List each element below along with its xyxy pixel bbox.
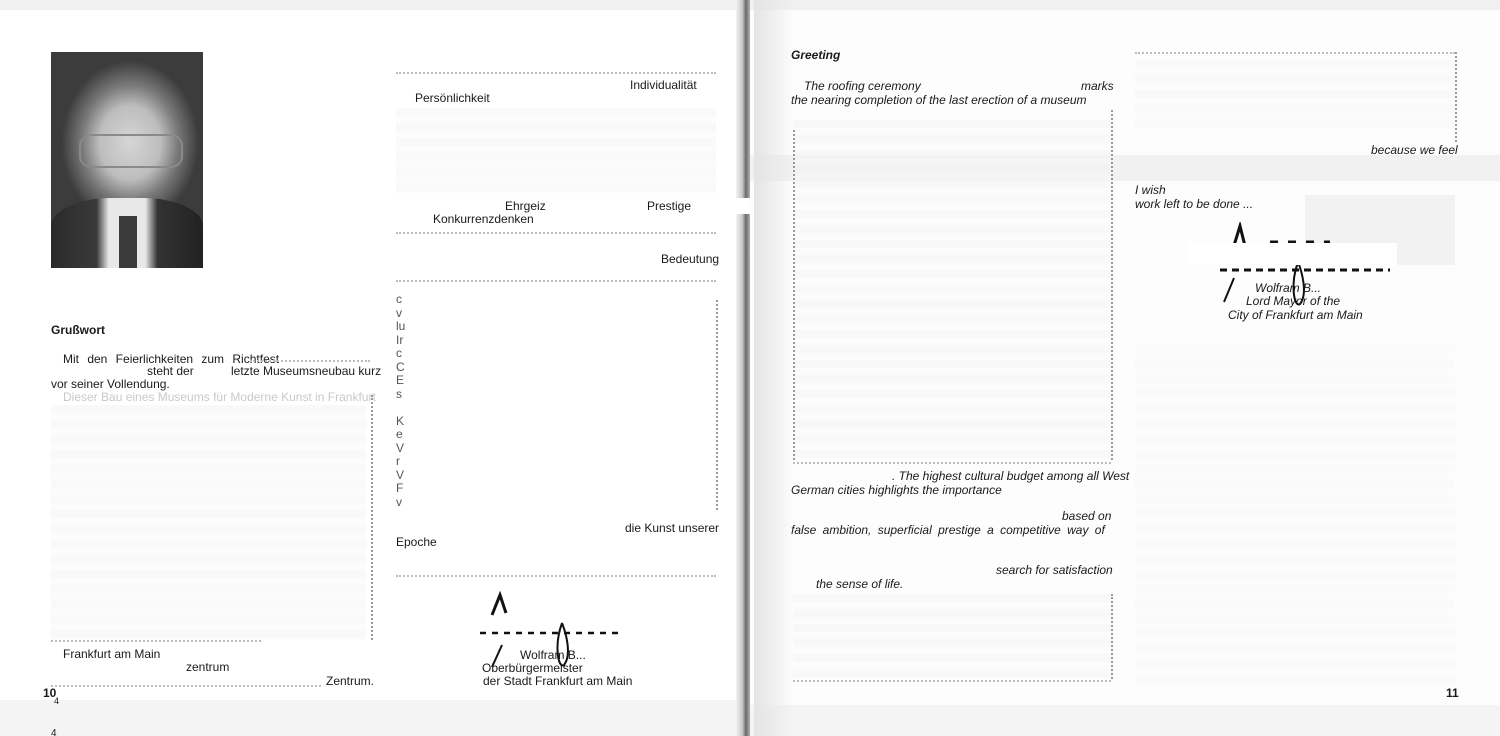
tie-shape: [119, 216, 137, 268]
redaction-residue: [716, 300, 722, 510]
paragraph-line: marks: [1081, 79, 1114, 94]
scan-bottom-edge: [750, 705, 1500, 736]
redaction-residue: [1455, 52, 1461, 142]
paragraph-line: German cities highlights the importance: [791, 483, 1002, 498]
stray-number: 4: [51, 726, 57, 736]
paragraph-line: search for satisfaction: [996, 563, 1113, 578]
keyword: Konkurrenzdenken: [433, 212, 534, 227]
redaction-residue: [396, 575, 716, 579]
right-page: Greeting The roofing ceremony marks the …: [750, 0, 1500, 736]
redaction-residue: [396, 232, 716, 236]
portrait-photo: [51, 52, 203, 268]
keyword: Bedeutung: [661, 252, 719, 267]
paragraph-line: because we feel: [1371, 143, 1458, 158]
paragraph-line: the sense of life.: [816, 577, 903, 592]
closing-line: Zentrum.: [326, 674, 374, 689]
left-page: Grußwort Mit den Feierlichkeiten zum Ric…: [0, 0, 742, 736]
margin-letter: v: [396, 495, 402, 510]
signer-city: der Stadt Frankfurt am Main: [483, 674, 632, 689]
redaction-residue: [371, 395, 377, 640]
faded-line: Dieser Bau eines Museums für Moderne Kun…: [63, 390, 376, 405]
paragraph-line: based on: [1062, 509, 1111, 524]
keyword: Individualität: [630, 78, 697, 93]
redaction-residue: [51, 685, 321, 689]
keyword: Persönlichkeit: [415, 91, 490, 106]
paragraph-line: false ambition, superficial prestige a c…: [791, 523, 1105, 538]
page-subscript: 4: [54, 694, 59, 709]
paragraph-line: the nearing completion of the last erect…: [791, 93, 1087, 108]
paragraph-line: Epoche: [396, 535, 437, 550]
redaction-residue: [1111, 594, 1117, 679]
redacted-block: [1135, 60, 1455, 135]
redaction-residue: [1111, 110, 1117, 460]
signer-city: City of Frankfurt am Main: [1228, 308, 1363, 323]
paragraph-line: work left to be done ...: [1135, 197, 1253, 212]
glasses-shape: [79, 134, 183, 168]
keyword: Prestige: [647, 199, 691, 214]
scan-bottom-edge: [0, 700, 742, 736]
closing-line: zentrum: [186, 660, 229, 675]
redaction-residue: [793, 680, 1111, 684]
page-heading: Grußwort: [51, 323, 105, 338]
redaction-residue: [51, 640, 261, 644]
paragraph-line: . The highest cultural budget among all …: [892, 469, 1129, 484]
paragraph-line: letzte Museumsneubau kurz: [231, 364, 381, 379]
page-number: 11: [1446, 686, 1459, 700]
gutter-shadow: [754, 0, 794, 736]
redaction-residue: [1135, 52, 1455, 56]
redacted-block: [396, 108, 716, 193]
redaction-residue: [396, 280, 716, 284]
redacted-block: [793, 120, 1111, 460]
signer-title: Lord Mayor of the: [1246, 294, 1340, 309]
redaction-residue: [793, 462, 1111, 466]
page-heading: Greeting: [791, 48, 840, 63]
paragraph-line: die Kunst unserer: [625, 521, 719, 536]
redacted-block: [51, 405, 366, 640]
redaction-box: [1187, 243, 1397, 265]
paragraph-line: The roofing ceremony: [804, 79, 921, 94]
scan-top-edge: [0, 0, 742, 10]
closing-line: Frankfurt am Main: [63, 647, 160, 662]
margin-letter: s: [396, 387, 402, 402]
paragraph-line: I wish: [1135, 183, 1166, 198]
redaction-residue: [396, 72, 716, 76]
redacted-block: [793, 594, 1111, 679]
faded-text-block: [1135, 345, 1455, 685]
scan-top-edge: [750, 0, 1500, 10]
